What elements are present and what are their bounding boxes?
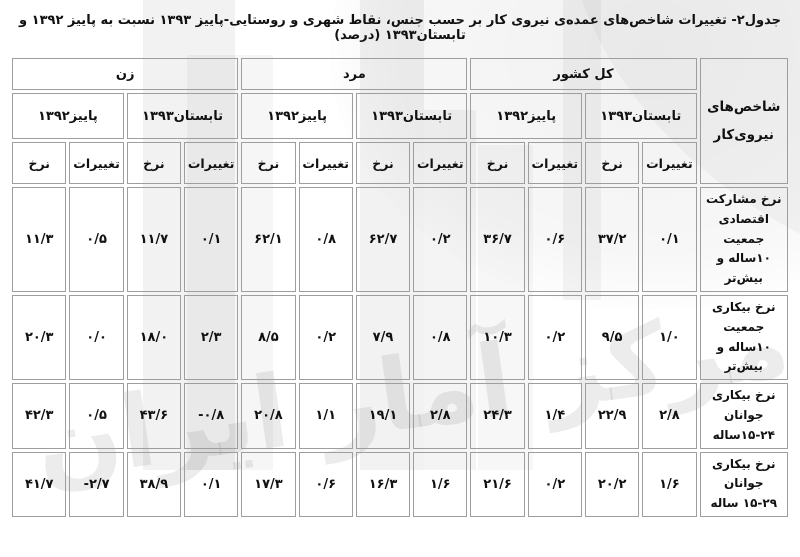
measure-header-rate: نرخ	[241, 142, 295, 184]
measure-header-change: تغییرات	[299, 142, 353, 184]
value-cell: ۰/۲	[299, 295, 353, 380]
season-header-autumn92: پاییز۱۳۹۲	[12, 93, 124, 139]
measure-header-rate: نرخ	[12, 142, 66, 184]
table-row: نرخ مشارکت اقتصادی جمعیت ۱۰ساله و بیش‌تر…	[12, 187, 788, 292]
value-cell: ۱۸/۰	[127, 295, 181, 380]
indicator-column-header: شاخص‌های نیروی‌کار	[700, 58, 788, 184]
value-cell: ۳۸/۹	[127, 452, 181, 517]
table-row: نرخ بیکاری جوانان ۲۹-۱۵ ساله۱/۶۲۰/۲۰/۲۲۱…	[12, 452, 788, 517]
measure-header-rate: نرخ	[127, 142, 181, 184]
value-cell: ۰/۸	[413, 295, 467, 380]
value-cell: ۱/۶	[413, 452, 467, 517]
value-cell: -۲/۷	[69, 452, 123, 517]
value-cell: ۰/۰	[69, 295, 123, 380]
group-header-male: مرد	[241, 58, 467, 90]
value-cell: ۴۳/۶	[127, 383, 181, 448]
page: مرکز آمار ایران جدول۲- تغییرات شاخص‌های …	[0, 0, 800, 557]
measure-header-change: تغییرات	[528, 142, 582, 184]
labor-force-table: شاخص‌های نیروی‌کار کل کشور مرد زن تابستا…	[9, 55, 791, 520]
value-cell: ۷/۹	[356, 295, 410, 380]
measure-header-rate: نرخ	[356, 142, 410, 184]
season-header-autumn92: پاییز۱۳۹۲	[241, 93, 353, 139]
group-header-country: کل کشور	[470, 58, 696, 90]
value-cell: ۰/۱	[642, 187, 696, 292]
value-cell: ۲/۳	[184, 295, 238, 380]
value-cell: ۱/۰	[642, 295, 696, 380]
measure-header-change: تغییرات	[69, 142, 123, 184]
value-cell: ۱۶/۳	[356, 452, 410, 517]
row-label: نرخ بیکاری جوانان ۲۴-۱۵ساله	[700, 383, 788, 448]
measure-header-change: تغییرات	[642, 142, 696, 184]
row-label: نرخ بیکاری جوانان ۲۹-۱۵ ساله	[700, 452, 788, 517]
value-cell: ۰/۵	[69, 383, 123, 448]
table-row: نرخ بیکاری جمعیت ۱۰ساله و بیش‌تر۱/۰۹/۵۰/…	[12, 295, 788, 380]
value-cell: ۲/۸	[642, 383, 696, 448]
measure-header-change: تغییرات	[413, 142, 467, 184]
season-header-autumn92: پاییز۱۳۹۲	[470, 93, 582, 139]
value-cell: ۴۱/۷	[12, 452, 66, 517]
value-cell: ۰/۱	[184, 452, 238, 517]
value-cell: ۰/۶	[528, 187, 582, 292]
value-cell: ۲۱/۶	[470, 452, 524, 517]
value-cell: ۱۹/۱	[356, 383, 410, 448]
value-cell: ۲۰/۲	[585, 452, 639, 517]
value-cell: ۰/۵	[69, 187, 123, 292]
value-cell: ۱/۱	[299, 383, 353, 448]
value-cell: ۰/۶	[299, 452, 353, 517]
season-header-summer93: تابستان۱۳۹۳	[127, 93, 239, 139]
measure-header-rate: نرخ	[585, 142, 639, 184]
value-cell: ۳۶/۷	[470, 187, 524, 292]
value-cell: ۲۰/۳	[12, 295, 66, 380]
value-cell: ۴۲/۳	[12, 383, 66, 448]
value-cell: ۲۲/۹	[585, 383, 639, 448]
measure-header-change: تغییرات	[184, 142, 238, 184]
value-cell: ۰/۲	[413, 187, 467, 292]
value-cell: -۰/۸	[184, 383, 238, 448]
value-cell: ۱/۶	[642, 452, 696, 517]
group-header-female: زن	[12, 58, 238, 90]
value-cell: ۲۰/۸	[241, 383, 295, 448]
value-cell: ۶۲/۷	[356, 187, 410, 292]
value-cell: ۰/۱	[184, 187, 238, 292]
season-header-summer93: تابستان۱۳۹۳	[585, 93, 697, 139]
value-cell: ۰/۸	[299, 187, 353, 292]
value-cell: ۱۰/۳	[470, 295, 524, 380]
value-cell: ۲/۸	[413, 383, 467, 448]
measure-header-rate: نرخ	[470, 142, 524, 184]
table-title: جدول۲- تغییرات شاخص‌های عمده‌ی نیروی کار…	[0, 13, 800, 43]
season-header-summer93: تابستان۱۳۹۳	[356, 93, 468, 139]
value-cell: ۰/۲	[528, 452, 582, 517]
value-cell: ۸/۵	[241, 295, 295, 380]
value-cell: ۶۲/۱	[241, 187, 295, 292]
value-cell: ۱۷/۳	[241, 452, 295, 517]
value-cell: ۱۱/۷	[127, 187, 181, 292]
row-label: نرخ بیکاری جمعیت ۱۰ساله و بیش‌تر	[700, 295, 788, 380]
value-cell: ۳۷/۲	[585, 187, 639, 292]
value-cell: ۱/۴	[528, 383, 582, 448]
value-cell: ۱۱/۳	[12, 187, 66, 292]
value-cell: ۲۴/۳	[470, 383, 524, 448]
row-label: نرخ مشارکت اقتصادی جمعیت ۱۰ساله و بیش‌تر	[700, 187, 788, 292]
value-cell: ۰/۲	[528, 295, 582, 380]
value-cell: ۹/۵	[585, 295, 639, 380]
table-row: نرخ بیکاری جوانان ۲۴-۱۵ساله۲/۸۲۲/۹۱/۴۲۴/…	[12, 383, 788, 448]
